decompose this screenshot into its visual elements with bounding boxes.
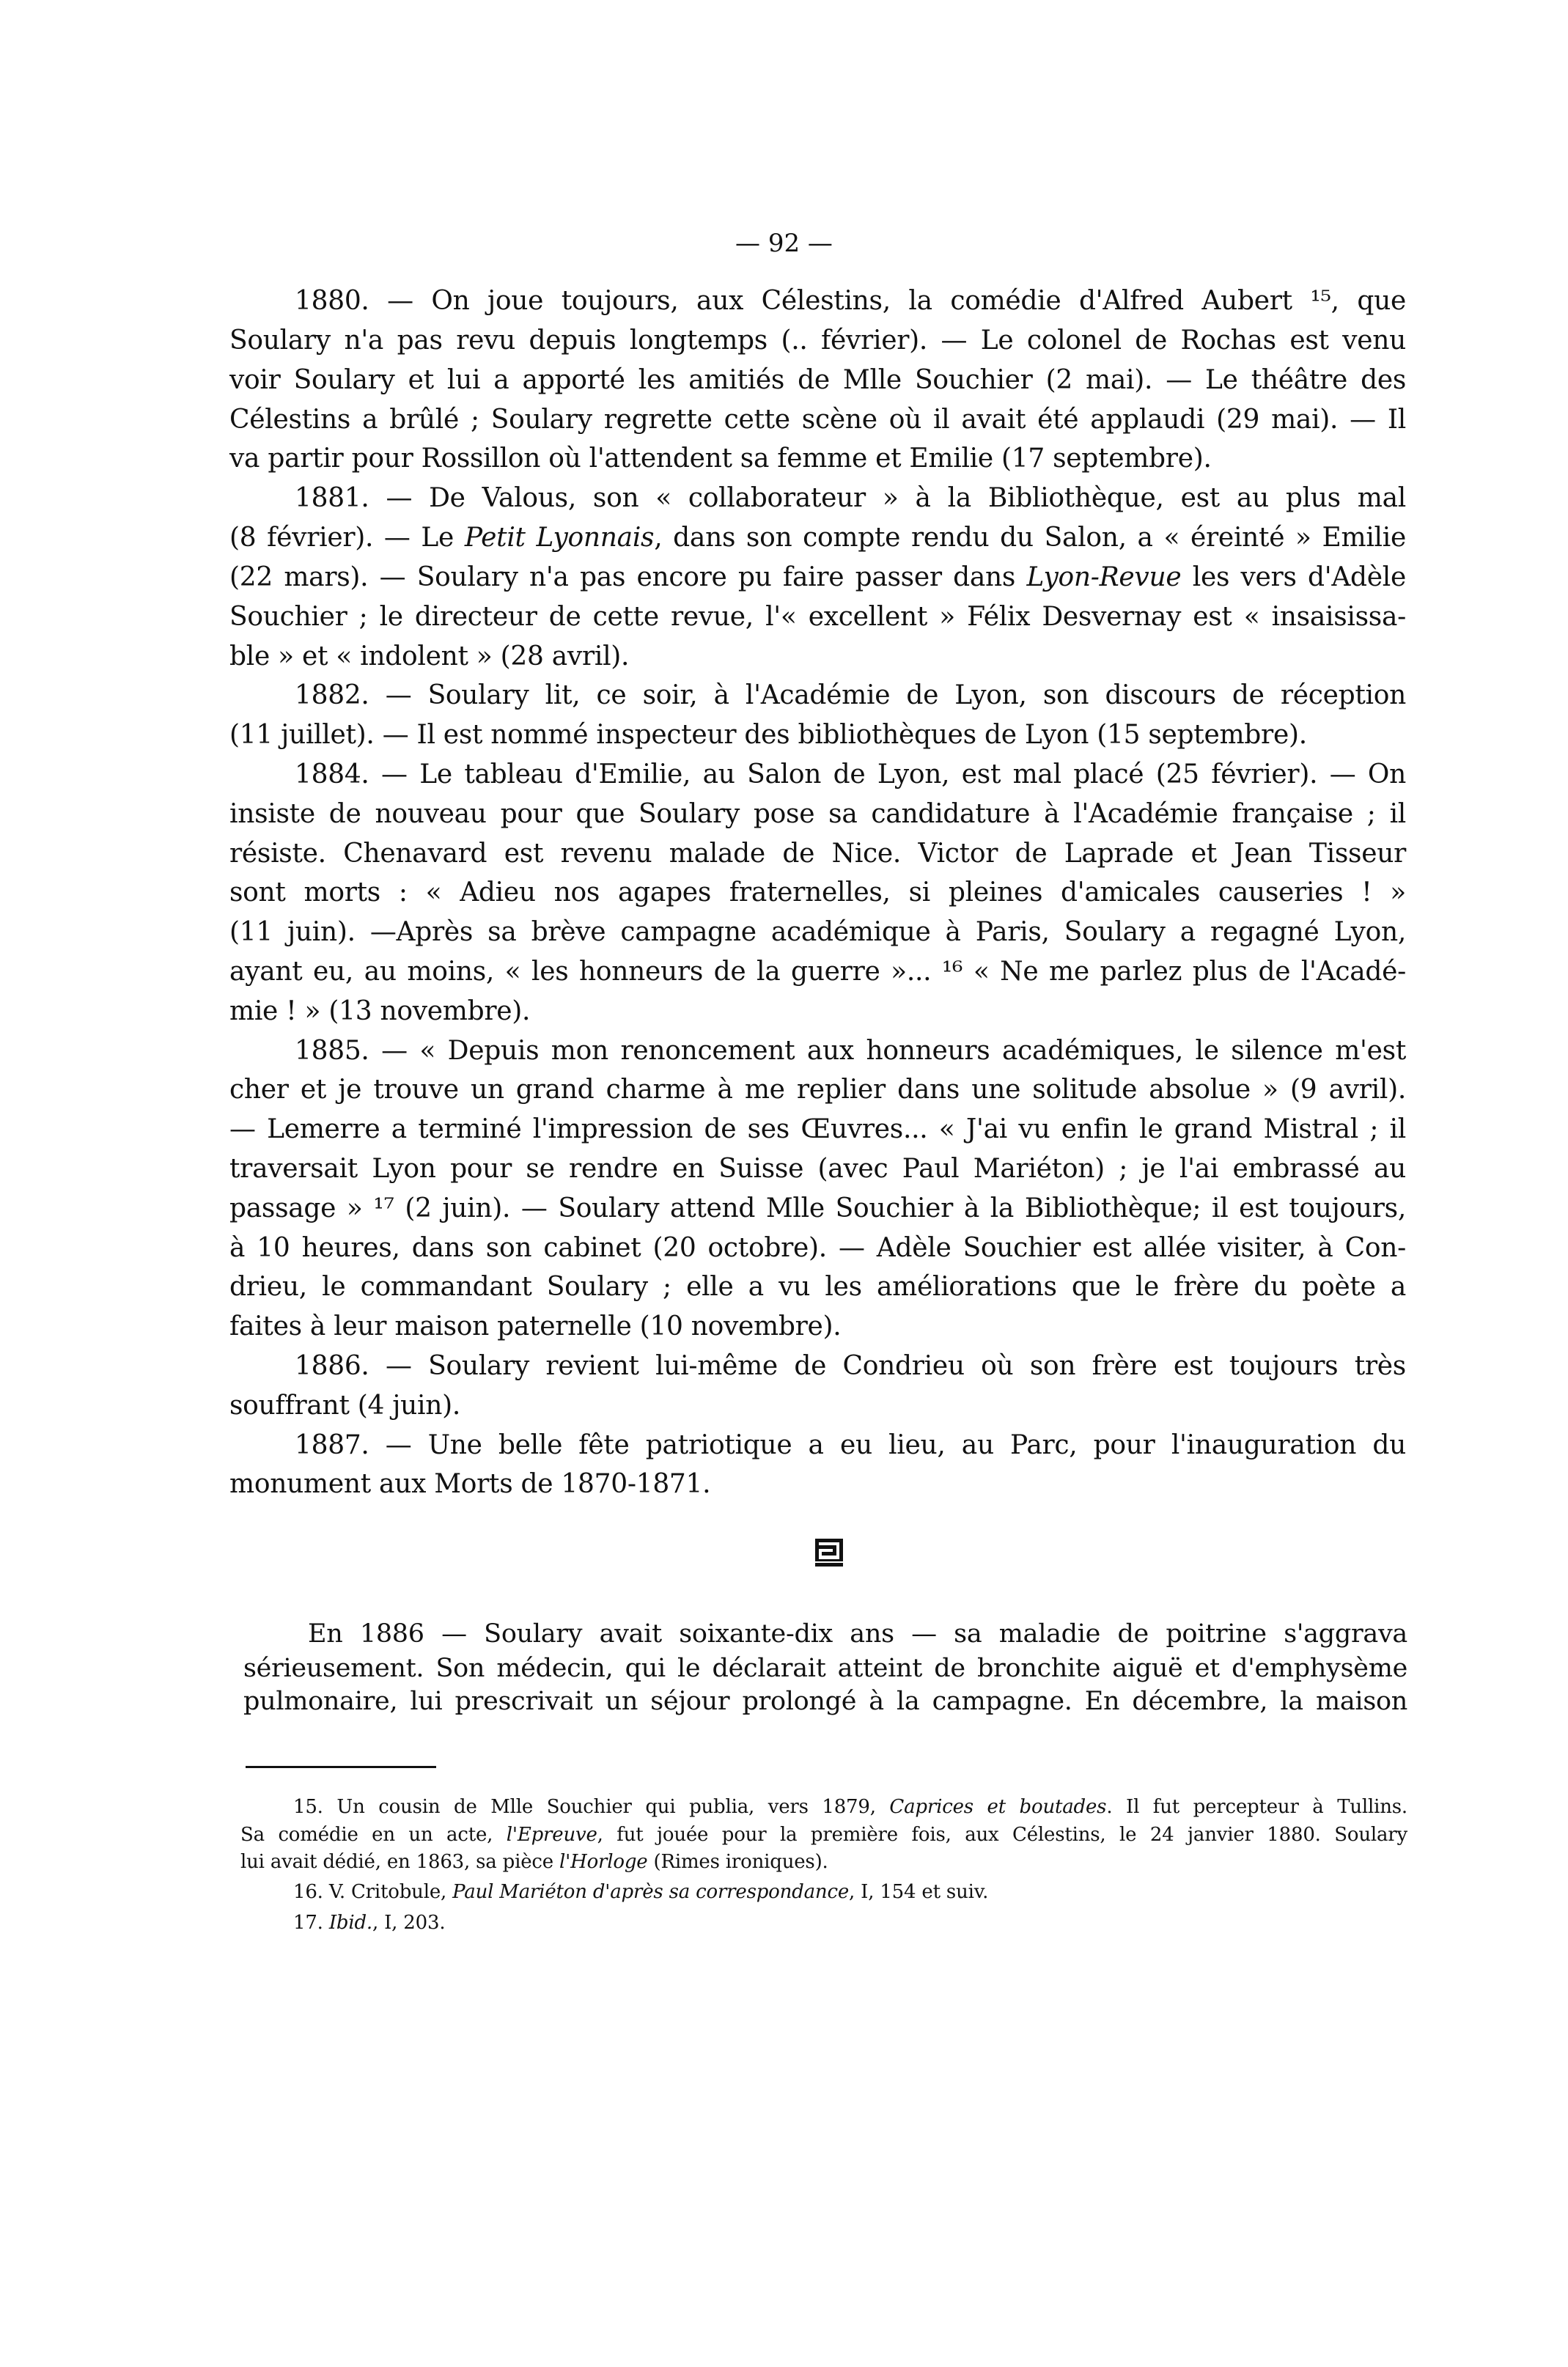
text-line: mie ! » (13 novembre). — [229, 998, 1406, 1025]
footnote-line: 17. Ibid., I, 203. — [293, 1913, 1407, 1932]
text-line: voir Soulary et lui a apporté les amitié… — [229, 367, 1406, 394]
text-line: 1882. — Soulary lit, ce soir, à l'Académ… — [295, 682, 1406, 709]
text-line: 1884. — Le tableau d'Emilie, au Salon de… — [295, 762, 1406, 788]
text-line: à 10 heures, dans son cabinet (20 octobr… — [229, 1235, 1406, 1262]
text-line: (8 février). — Le Petit Lyonnais, dans s… — [229, 525, 1406, 551]
text-line: 1881. — De Valous, son « collaborateur »… — [295, 485, 1406, 512]
text-line: 1880. — On joue toujours, aux Célestins,… — [295, 288, 1406, 314]
text-line: pulmonaire, lui prescrivait un séjour pr… — [243, 1689, 1407, 1715]
text-line: traversait Lyon pour se rendre en Suisse… — [229, 1156, 1406, 1182]
text-line: sont morts : « Adieu nos agapes fraterne… — [229, 880, 1406, 906]
text-line: résiste. Chenavard est revenu malade de … — [229, 841, 1406, 867]
text-line: Soulary n'a pas revu depuis longtemps (.… — [229, 328, 1406, 354]
text-line: va partir pour Rossillon où l'attendent … — [229, 446, 1406, 472]
book-page: — 92 — 1880. — On joue toujours, aux Cél… — [0, 0, 1568, 2367]
footnote-line: Sa comédie en un acte, l'Epreuve, fut jo… — [240, 1825, 1407, 1844]
text-line: Célestins a brûlé ; Soulary regrette cet… — [229, 407, 1406, 433]
footnote-line: 16. V. Critobule, Paul Mariéton d'après … — [293, 1882, 1407, 1902]
text-line: (11 juillet). — Il est nommé inspecteur … — [229, 722, 1406, 748]
text-line: drieu, le commandant Soulary ; elle a vu… — [229, 1274, 1406, 1300]
text-line: sérieusement. Son médecin, qui le déclar… — [243, 1656, 1407, 1682]
text-line: En 1886 — Soulary avait soixante-dix ans… — [308, 1621, 1407, 1647]
text-line: cher et je trouve un grand charme à me r… — [229, 1077, 1406, 1103]
text-line: insiste de nouveau pour que Soulary pose… — [229, 801, 1406, 828]
footnote-line: lui avait dédié, en 1863, sa pièce l'Hor… — [240, 1852, 1407, 1871]
text-line: passage » ¹⁷ (2 juin). — Soulary attend … — [229, 1196, 1406, 1222]
text-line: 1886. — Soulary revient lui-même de Cond… — [295, 1353, 1406, 1380]
text-line: 1885. — « Depuis mon renoncement aux hon… — [295, 1038, 1406, 1064]
text-line: faites à leur maison paternelle (10 nove… — [229, 1314, 1406, 1340]
text-line: ble » et « indolent » (28 avril). — [229, 644, 1406, 670]
text-line: (11 juin). —Après sa brève campagne acad… — [229, 919, 1406, 946]
text-line: Souchier ; le directeur de cette revue, … — [229, 604, 1406, 630]
text-line: 1887. — Une belle fête patriotique a eu … — [295, 1432, 1406, 1459]
text-line: ayant eu, au moins, « les honneurs de la… — [229, 959, 1406, 985]
text-line: monument aux Morts de 1870-1871. — [229, 1471, 1406, 1498]
text-line: (22 mars). — Soulary n'a pas encore pu f… — [229, 564, 1406, 591]
text-line: souffrant (4 juin). — [229, 1393, 1406, 1419]
greek-key-square-ornament-icon — [815, 1539, 843, 1567]
footnote-line: 15. Un cousin de Mlle Souchier qui publi… — [293, 1797, 1407, 1816]
text-line: — Lemerre a terminé l'impression de ses … — [229, 1116, 1406, 1143]
page-number: — 92 — — [0, 229, 1568, 258]
footnote-separator — [246, 1766, 436, 1768]
